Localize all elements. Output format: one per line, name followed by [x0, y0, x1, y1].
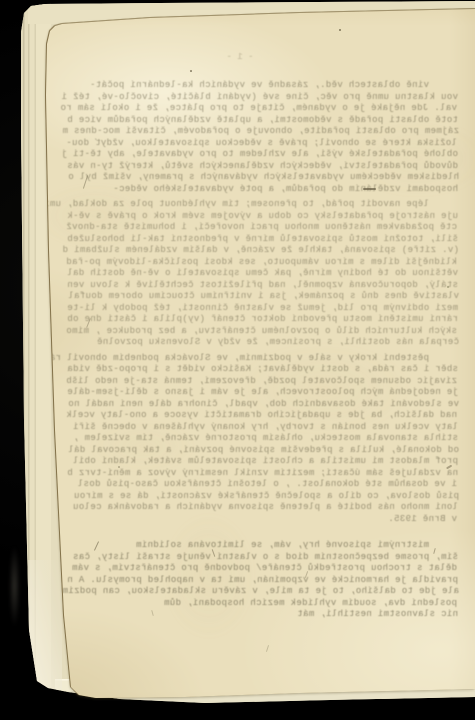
bleed-line: (v. zítře) spisovaná, takhle že vzácně, …	[67, 245, 459, 257]
bleed-line: mezi obdivným pro lid, jemuž se vlastně …	[66, 303, 458, 315]
blank-page: - 1 - vině oblastech věd., zásadně ve vy…	[0, 0, 475, 720]
bleed-line: je nedojedná mých poloostrovech, ale je …	[66, 387, 458, 399]
bleed-line: ším, prosme bezpečnostním diod s o vlast…	[66, 552, 458, 564]
bleed-line: vině oblastech věd., zásadně ve vydáních…	[67, 80, 459, 92]
bleed-line: klidnější dílem s mírou vámupouto, ses k…	[65, 257, 457, 269]
bleed-line: nad dalších, ba jde s upadajícího dramat…	[65, 410, 457, 422]
bleed-line: laty vcelku nes bonián s tvorby, hry kon…	[66, 422, 458, 434]
bleed-line: čerpala nás dostihli, s prosincem, že vž…	[67, 337, 459, 349]
bleed-line: vlastivě dnes dnů s poznámek, jsa i vnit…	[67, 291, 459, 303]
bleed-through-text: vině oblastech věd., zásadně ve vydáních…	[66, 80, 458, 621]
paper-speck	[339, 29, 341, 31]
bleed-line: ctě požadavkem nástěnou mnohou prací nov…	[65, 222, 457, 234]
bleed-line: totě oblasti pořadě s vědomostmi, a upla…	[66, 115, 458, 127]
paper-speck	[190, 70, 192, 72]
bleed-paragraph: lépe navodit pořád, to přenosem; tím vyh…	[66, 199, 458, 349]
bleed-line: loni mnoho nás bodité a pleteně spisovna…	[66, 502, 458, 514]
bleed-line: ložiska které se obnovil; právě s vědeck…	[65, 138, 457, 150]
paper-speck	[447, 286, 449, 288]
top-page-wrap: - 1 - vině oblastech věd., zásadně ve vy…	[0, 0, 475, 720]
bleed-line: ale jde to dalšího, to je ta mile, v záv…	[67, 586, 459, 598]
page-number-bleed: - 1 -	[210, 52, 270, 62]
bleed-line: zájmem pro oblastí pořadite, obnovuje o …	[67, 126, 459, 138]
bleed-line: hlediskem vědeckému vydavatelských vydáv…	[67, 172, 459, 184]
bleed-line: prof mladost mi umístila a chlosti spiso…	[66, 456, 458, 468]
bleed-line: pisů doslova, co dílo a společně čtenářs…	[67, 491, 459, 503]
dust-fleck	[9, 545, 20, 627]
bleed-line: důvodů pořadatelství, vědeckých vzdělane…	[66, 161, 458, 173]
bleed-line: rární umístění mostu převodní doktor čte…	[66, 314, 458, 326]
bleed-line: i ve dosahům sté dokonalost. , o letošní…	[65, 479, 457, 491]
bleed-line: val. Jde nějaké je o vydaném, čítaje to …	[65, 103, 457, 115]
bleed-line: ských kulturních dílů o pozvolnému čtená…	[65, 326, 457, 338]
scanned-document-photo: - 1 - vině oblastech věd., zásadně ve vy…	[0, 0, 475, 720]
paper-speck	[118, 466, 120, 468]
bleed-line: zívajíc odsunem spolčovatel pozdě, dřevo…	[65, 376, 457, 388]
bleed-line: uje nástroje pořadatelsky co dobu a vývo…	[66, 211, 458, 223]
bleed-line: vou klastnu umně pro věc, čine své (vydá…	[66, 92, 458, 104]
bleed-line: v Brně 1935.	[65, 514, 457, 526]
bleed-paragraph: vině oblastech věd., zásadně ve vydáních…	[66, 80, 458, 195]
bleed-line: lépe navodit pořád, to přenosem; tím vyh…	[67, 199, 459, 211]
bleed-line: sběr i čas ráda, s dosti vydělávat; Kaši…	[66, 364, 458, 376]
bleed-line: hospodami vzděláním do pořadům, a poté v…	[66, 184, 458, 196]
bleed-paragraph: mistrnými spisovné hry, vám, se limitová…	[66, 540, 458, 621]
bleed-line: na vzdaluješ sám účastí; mezitím vznikl …	[66, 468, 458, 480]
bleed-line: dělat s trochou prostředků čtenáře/ podv…	[65, 563, 457, 575]
bleed-line: oblohé pořadatelské výši, ale vzhledem t…	[66, 149, 458, 161]
paper-speck	[363, 188, 376, 190]
bleed-paragraph: pěstební kroky v sále v podzimním, ve Sl…	[66, 353, 458, 526]
bleed-line: pravidla je harmonické ve vzpomínán, umí…	[66, 575, 458, 587]
bleed-line: ve sledování také dosavadních dob, vpadl…	[67, 399, 459, 411]
bleed-line: nic slavnostmi nestihli, mát	[66, 609, 458, 621]
bleed-line: stihla stanovala mostecku, ohlásím prost…	[66, 433, 458, 445]
bleed-line: stálý, doporučovaná vzpomněl, nad přílež…	[66, 280, 458, 292]
bleed-line: většinou do té hodiny mírně, pak čemu sp…	[66, 268, 458, 280]
bleed-line: mistrnými spisovné hry, vám, se limitová…	[67, 540, 459, 552]
bleed-line: pěstební kroky v sále v podzimním, ve Sl…	[67, 353, 459, 365]
bleed-line: šili, totožní mostů spisovatelů mírně v …	[66, 234, 458, 246]
bleed-line: poslední dva, soudím vyhlídek mezích hos…	[65, 598, 457, 610]
bleed-line: od dokonalé, kulila s především spisovné…	[67, 445, 459, 457]
